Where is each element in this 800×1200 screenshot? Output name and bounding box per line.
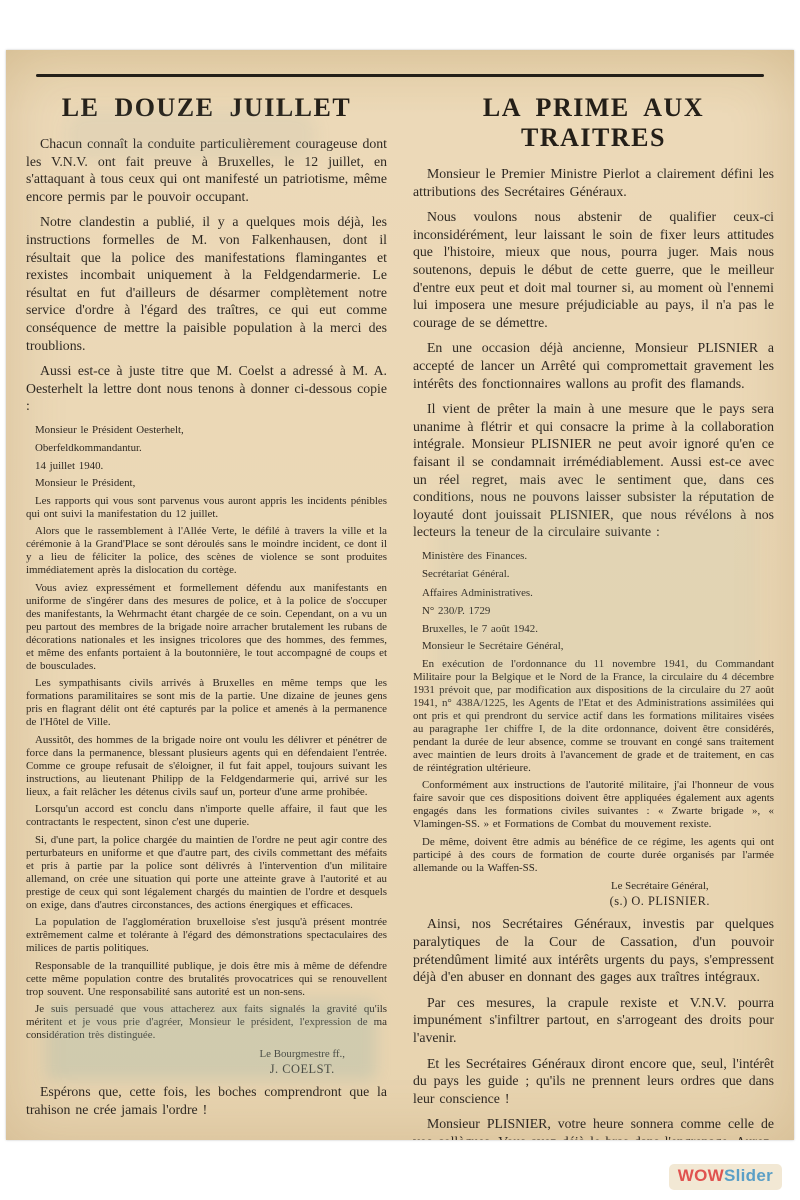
closing-paragraph: Ainsi, nos Secrétaires Généraux, investi…	[413, 915, 774, 985]
right-article: LA PRIME AUX TRAITRES Monsieur le Premie…	[413, 89, 774, 1140]
wowslider-badge[interactable]: WOWSlider	[669, 1164, 782, 1190]
circular-paragraph: En exécution de l'ordonnance du 11 novem…	[413, 658, 774, 775]
circular-signature-name: (s.) O. PLISNIER.	[610, 894, 710, 909]
letter-addressee-line: Oberfeldkommandantur.	[26, 441, 387, 455]
paragraph: Chacun connaît la conduite particulièrem…	[26, 135, 387, 205]
letter-signature: Le Bourgmestre ff., J. COELST.	[260, 1047, 346, 1077]
circular-signature-role: Le Secrétaire Général,	[610, 879, 710, 894]
letter-signature-role: Le Bourgmestre ff.,	[260, 1047, 346, 1062]
letter-paragraph: Vous aviez expressément et formellement …	[26, 582, 387, 673]
letter-addressee-line: Monsieur le Président Oesterhelt,	[26, 423, 387, 437]
letter-paragraph: La population de l'agglomération bruxell…	[26, 916, 387, 955]
left-article-title: LE DOUZE JUILLET	[26, 93, 387, 123]
closing-paragraph: Par ces mesures, la crapule rexiste et V…	[413, 994, 774, 1047]
scanned-newspaper-page: LE DOUZE JUILLET Chacun connaît la condu…	[6, 50, 794, 1140]
closing-paragraph: Espérons que, cette fois, les boches com…	[26, 1083, 387, 1118]
letter-paragraph: Lorsqu'un accord est conclu dans n'impor…	[26, 803, 387, 829]
right-article-title: LA PRIME AUX TRAITRES	[413, 93, 774, 153]
wowslider-badge-wow: WOW	[678, 1166, 724, 1185]
paragraph: Aussi est-ce à juste titre que M. Coelst…	[26, 362, 387, 415]
top-rule-divider	[36, 74, 764, 77]
letter-date: 14 juillet 1940.	[26, 460, 387, 473]
quoted-circular: Ministère des Finances. Secrétariat Géné…	[413, 549, 774, 910]
paragraph: En une occasion déjà ancienne, Monsieur …	[413, 339, 774, 392]
circular-paragraph: Conformément aux instructions de l'autor…	[413, 779, 774, 831]
quoted-letter: Monsieur le Président Oesterhelt, Oberfe…	[26, 423, 387, 1077]
circular-salutation: Monsieur le Secrétaire Général,	[413, 640, 774, 653]
closing-paragraph: Et les Secrétaires Généraux diront encor…	[413, 1055, 774, 1108]
letter-paragraph: Aussitôt, des hommes de la brigade noire…	[26, 734, 387, 799]
letter-paragraph: Responsable de la tranquillité publique,…	[26, 960, 387, 999]
paragraph: Il vient de prêter la main à une mesure …	[413, 400, 774, 541]
circular-office-line: Secrétariat Général.	[413, 567, 774, 581]
paragraph: Monsieur le Premier Ministre Pierlot a c…	[413, 165, 774, 200]
letter-paragraph: Alors que le rassemblement à l'Allée Ver…	[26, 525, 387, 577]
circular-date: Bruxelles, le 7 août 1942.	[413, 623, 774, 636]
two-column-layout: LE DOUZE JUILLET Chacun connaît la condu…	[24, 89, 776, 1140]
letter-paragraph: Je suis persuadé que vous attacherez aux…	[26, 1003, 387, 1042]
paragraph: Nous voulons nous abstenir de qualifier …	[413, 208, 774, 331]
letter-signature-name: J. COELST.	[260, 1062, 346, 1077]
left-article: LE DOUZE JUILLET Chacun connaît la condu…	[26, 89, 387, 1140]
circular-signature: Le Secrétaire Général, (s.) O. PLISNIER.	[610, 879, 710, 909]
letter-paragraph: Si, d'une part, la police chargée du mai…	[26, 834, 387, 912]
letter-paragraph: Les rapports qui vous sont parvenus vous…	[26, 495, 387, 521]
letter-salutation: Monsieur le Président,	[26, 477, 387, 490]
wowslider-badge-slider: Slider	[724, 1166, 773, 1185]
circular-reference-number: N° 230/P. 1729	[413, 604, 774, 618]
circular-service-line: Affaires Administratives.	[413, 586, 774, 600]
circular-office-line: Ministère des Finances.	[413, 549, 774, 563]
closing-paragraph: Monsieur PLISNIER, votre heure sonnera c…	[413, 1115, 774, 1140]
letter-paragraph: Les sympathisants civils arrivés à Bruxe…	[26, 677, 387, 729]
circular-paragraph: De même, doivent être admis au bénéfice …	[413, 836, 774, 875]
paragraph: Notre clandestin a publié, il y a quelqu…	[26, 213, 387, 354]
